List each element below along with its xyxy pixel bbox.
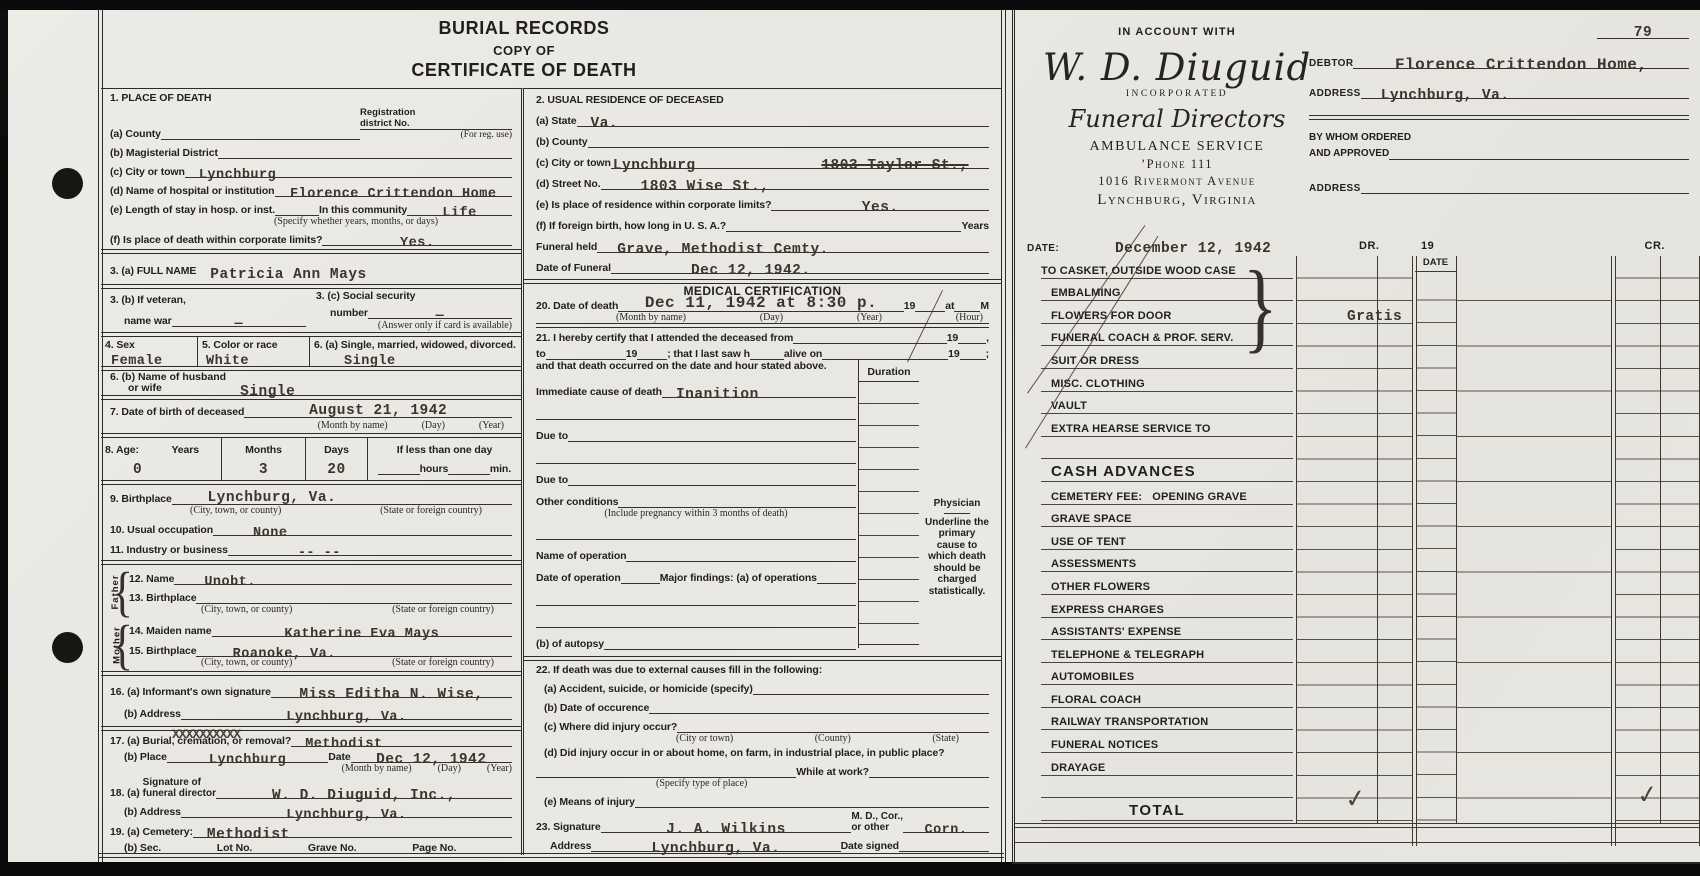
field-foreign-birth: (f) If foreign birth, how long in U. S. … — [536, 216, 989, 232]
column-rule — [1660, 256, 1661, 824]
ledger-item-label: FLORAL COACH — [1041, 694, 1141, 706]
injury-place-label: (d) Did injury occur in or about home, o… — [536, 747, 944, 759]
community-line: Life — [407, 200, 512, 216]
external-heading: 22. If death was due to external causes … — [536, 664, 822, 676]
director-addr-line: Lynchburg, Va. — [181, 802, 512, 818]
other-cond-line — [618, 492, 856, 508]
ledger-item-row: VAULT — [1041, 392, 1293, 415]
means-label: (e) Means of injury — [536, 796, 635, 808]
min-line — [448, 459, 490, 475]
husband-wife-area: Single — [226, 379, 512, 394]
field-due-to-1: Due to — [536, 426, 856, 442]
field-street-no: (d) Street No. 1803 Wise St., — [536, 174, 989, 190]
ledger-page-number-row: 79 — [1309, 20, 1689, 39]
ssn-hint: (Answer only if card is available) — [378, 320, 512, 331]
md-cor-label-1: M. D., Cor., — [851, 811, 903, 822]
funeral-held-label: Funeral held — [536, 241, 597, 253]
ledger-item-label: EMBALMING — [1041, 287, 1121, 299]
operation-line — [626, 546, 856, 562]
burial-hint-year: (Year) — [487, 763, 512, 774]
registration-label: Registration — [360, 107, 415, 118]
husband-wife-label: 6. (b) Name of husband or wife — [110, 372, 226, 394]
ledger-item-label: CASH ADVANCES — [1041, 463, 1196, 480]
ledger-item-label: OTHER FLOWERS — [1041, 581, 1150, 593]
burial-place-line: Lynchburg — [167, 747, 328, 763]
ssn-label-2: number — [316, 307, 368, 319]
signature-label: 23. Signature — [536, 821, 601, 833]
ledger-item-label: CEMETERY FEE: — [1041, 491, 1142, 503]
certify-last-saw: ; that I last saw h — [667, 348, 750, 360]
certify-line-2: to 19 ; that I last saw h alive on 19 ; — [536, 344, 989, 360]
mother-bp-line-1: Roanoke, Va. — [196, 641, 372, 657]
foreign-label: (f) If foreign birth, how long in U. S. … — [536, 220, 726, 232]
dr-cents-column — [1377, 256, 1412, 824]
section-veteran-ssn: 3. (b) If veteran, name war — 3. (c) Soc… — [101, 289, 521, 332]
table-bottom-double-rule — [1015, 823, 1700, 828]
blank-rule — [536, 524, 856, 540]
veteran-value: — — [235, 317, 244, 332]
certify-to-fill — [546, 344, 626, 360]
field-city-or-town: (c) City or town Lynchburg — [110, 162, 512, 178]
column-rule — [1412, 256, 1413, 846]
dr-dollars-column — [1296, 256, 1377, 824]
occupation-label: 10. Usual occupation — [110, 524, 213, 536]
gratis-value: Gratis — [1347, 309, 1402, 325]
major-findings-label: Major findings: (a) of operations — [660, 572, 817, 584]
full-name-value: Patricia Ann Mays — [210, 267, 366, 283]
burial-strikeout: XXXXXXXXXX — [172, 727, 240, 742]
date-signed-line — [899, 836, 989, 852]
veteran-block: 3. (b) If veteran, name war — — [110, 289, 306, 332]
major-findings-line — [817, 568, 856, 584]
ledger-letterhead: IN ACCOUNT WITH W. D. Diuguid INCORPORAT… — [1027, 26, 1327, 209]
field-operation-date: Date of operation Major findings: (a) of… — [536, 568, 856, 584]
industry-line: -- -- — [228, 540, 512, 556]
dod-19: 19 — [904, 300, 915, 312]
hospital-label: (d) Name of hospital or institution — [110, 185, 275, 197]
mother-bp-hint-2: (State or foreign country) — [392, 657, 494, 668]
section-funeral-director: 18. (a) Signature of funeral director W.… — [101, 775, 521, 821]
cr-dollars-column — [1615, 256, 1660, 824]
description-column — [1456, 256, 1611, 824]
other-cond-label: Other conditions — [536, 496, 618, 508]
days-label: Days — [310, 444, 363, 456]
street-value: 1803 Wise St., — [641, 179, 770, 195]
registration-district: Registration district No. (For reg. use) — [360, 107, 512, 140]
dr-total-checkmark: ✓ — [1343, 783, 1368, 815]
burial-line: Methodist — [291, 731, 512, 747]
street-line: 1803 Wise St., — [601, 174, 989, 190]
father-bp-hint-1: (City, town, or county) — [201, 604, 292, 615]
certify-to-fill2 — [637, 344, 667, 360]
director-line: W. D. Diuguid, Inc., — [216, 783, 512, 799]
field-father-name: 12. Name Unobt. — [129, 569, 512, 585]
physician-label: Physician — [925, 498, 989, 510]
informant-addr-value: Lynchburg, Va. — [286, 710, 406, 725]
dod-label: 20. Date of death — [536, 300, 618, 312]
burial-date-label: Date — [328, 751, 350, 763]
title-burial-records: BURIAL RECORDS — [74, 18, 974, 39]
items-brace: } — [1243, 256, 1278, 357]
certify-semi: ; — [986, 348, 989, 360]
ledger-item-label: FUNERAL NOTICES — [1041, 739, 1158, 751]
accident-label: (a) Accident, suicide, or homicide (spec… — [536, 683, 753, 695]
director-addr-label: (b) Address — [110, 806, 181, 818]
field-operation-name: Name of operation — [536, 546, 856, 562]
cemetery-line: Methodist — [193, 822, 512, 838]
grave-line — [357, 838, 413, 854]
injury-where-line — [677, 717, 989, 733]
certify-alive-fill — [822, 344, 948, 360]
full-name-area: Patricia Ann Mays — [196, 262, 512, 277]
by-whom-line — [1389, 144, 1689, 160]
length-line — [275, 200, 319, 216]
section-informant: 16. (a) Informant's own signature Miss E… — [101, 676, 521, 726]
street-label: (d) Street No. — [536, 178, 601, 190]
race-value: White — [202, 354, 305, 369]
director-num-label: 18. (a) — [110, 787, 140, 799]
section-burial: 17. (a) Burial, cremation, or removal? X… — [101, 731, 521, 775]
field-signer-address: Address Lynchburg, Va. Date signed — [536, 836, 989, 852]
res-city-value: Lynchburg — [613, 158, 696, 174]
section-cemetery: 19. (a) Cemetery: Methodist (b) Sec. Lot… — [101, 821, 521, 855]
operation-date-label: Date of operation — [536, 572, 621, 584]
res-city-label: (c) City or town — [536, 157, 611, 169]
community-value: Life — [442, 206, 476, 221]
field-birthplace: 9. Birthplace Lynchburg, Va. (City, town… — [110, 489, 512, 516]
min-label: min. — [490, 463, 511, 475]
res-corp-label: (e) Is place of residence within corpora… — [536, 199, 771, 211]
ledger-address-value: Lynchburg, Va. — [1381, 88, 1510, 104]
debtor-row: DEBTOR Florence Crittendon Home, — [1309, 53, 1689, 69]
full-name-label: 3. (a) FULL NAME — [110, 265, 196, 277]
ledger-item-label: AUTOMOBILES — [1041, 671, 1134, 683]
ledger-item-row: FUNERAL NOTICES — [1041, 730, 1293, 753]
section-age: 8. Age:Years 0 Months 3 Days 20 If less … — [101, 438, 521, 480]
in-account-with: IN ACCOUNT WITH — [1027, 26, 1327, 38]
field-state: (a) State Va. — [536, 111, 989, 127]
hours-label: hours — [420, 463, 449, 475]
county-line — [161, 124, 360, 140]
funeral-held-line: Grave, Methodist Cemty. — [597, 237, 989, 253]
accident-line — [753, 679, 989, 695]
corp-limits-value: Yes. — [400, 236, 434, 251]
physician-instruction: Underline the primary cause to which dea… — [925, 517, 989, 598]
punch-hole-top — [52, 168, 83, 199]
informant-value: Miss Editha N. Wise, — [299, 687, 483, 703]
age-years-cell: 8. Age:Years 0 — [101, 438, 221, 480]
director-label-2: funeral director — [143, 788, 216, 799]
blank-rule — [536, 590, 856, 606]
md-cor-label-2: or other — [851, 822, 903, 833]
debtor-line: Florence Crittendon Home, — [1353, 53, 1689, 69]
field-cemetery-lot: (b) Sec. Lot No. Grave No. Page No. — [110, 838, 512, 854]
certify-comma: , — [986, 332, 989, 344]
state-value: Va. — [591, 116, 619, 132]
city-label: (c) City or town — [110, 166, 185, 178]
column-rule — [1377, 256, 1378, 824]
ledger-item-label: EXTRA HEARSE SERVICE TO — [1041, 423, 1211, 435]
birthplace-hint-2: (State or foreign country) — [380, 505, 482, 516]
duration-box: Duration — [858, 360, 919, 648]
industry-label: 11. Industry or business — [110, 544, 228, 556]
ssn-label-1: 3. (c) Social security — [316, 290, 512, 302]
scanned-document: BURIAL RECORDS COPY OF CERTIFICATE OF DE… — [0, 0, 1700, 876]
blank-line — [536, 612, 856, 628]
age-less-one-day-cell: If less than one day hoursmin. — [367, 438, 521, 480]
ledger-item-row: MISC. CLOTHING — [1041, 369, 1293, 392]
date-column-header: DATE — [1415, 257, 1456, 272]
dod-line: Dec 11, 1942 at 8:30 p. — [618, 296, 903, 312]
hospital-line: Florence Crittendon Home — [275, 181, 513, 197]
signer-addr-value: Lynchburg, Va. — [652, 841, 781, 857]
autopsy-line — [604, 634, 856, 650]
birthplace-line-1: Lynchburg, Va. — [172, 489, 372, 505]
by-whom-block: BY WHOM ORDERED AND APPROVED — [1309, 132, 1689, 160]
while-at-work-line — [869, 762, 989, 778]
birthplace-label: 9. Birthplace — [110, 493, 172, 505]
age-days-cell: Days 20 — [305, 438, 367, 480]
husband-wife-label-2: or wife — [110, 383, 226, 394]
state-label: (a) State — [536, 115, 577, 127]
father-group: Father { 12. Name Unobt. 13. Birthplace — [105, 565, 512, 618]
section-place-of-death: 1. PLACE OF DEATH (a) County Registratio… — [101, 89, 521, 249]
ledger-item-row: OTHER FLOWERS — [1041, 572, 1293, 595]
field-while-at-work: While at work? (Specify type of place) — [536, 762, 989, 789]
signer-addr-line: Lynchburg, Va. — [591, 836, 840, 852]
father-bp-hint-2: (State or foreign country) — [392, 604, 494, 615]
blank-rule — [536, 612, 856, 628]
due-to-2-label: Due to — [536, 474, 568, 486]
lot-line — [252, 838, 308, 854]
certify-to: to — [536, 348, 546, 360]
cr-cents-column — [1660, 256, 1699, 824]
funeral-directors-label: Funeral Directors — [1027, 105, 1327, 133]
burial-place-value: Lynchburg — [209, 753, 286, 768]
ledger-page: IN ACCOUNT WITH W. D. Diuguid INCORPORAT… — [1012, 10, 1700, 864]
signer-addr-label: Address — [536, 840, 591, 852]
res-city-line: Lynchburg — [611, 153, 801, 169]
father-bp-line-2 — [362, 588, 512, 604]
column-rule — [1611, 256, 1612, 846]
dod-hint-day: (Day) — [760, 312, 783, 323]
field-means-of-injury: (e) Means of injury — [536, 792, 989, 808]
occurrence-line — [649, 698, 989, 714]
district-no-label: district No. — [360, 118, 410, 129]
ledger-item-label: RAILWAY TRANSPORTATION — [1041, 716, 1208, 728]
ledger-address-row: ADDRESS Lynchburg, Va. — [1309, 83, 1689, 99]
section-usual-residence: 2. USUAL RESIDENCE OF DECEASED (a) State… — [524, 89, 1001, 279]
blank-line — [536, 404, 856, 420]
section-parents: Father { 12. Name Unobt. 13. Birthplace — [101, 565, 521, 671]
certify-line1-fill — [793, 328, 947, 344]
physician-divider — [944, 513, 970, 514]
blank-line — [536, 590, 856, 606]
injury-hint-county: (County) — [815, 733, 851, 744]
ssn-value: — — [436, 309, 445, 324]
column-rule — [1615, 256, 1616, 846]
informant-addr-line: Lynchburg, Va. — [181, 704, 512, 720]
dod-value: Dec 11, 1942 at 8:30 p. — [645, 294, 877, 312]
field-cemetery: 19. (a) Cemetery: Methodist — [110, 822, 512, 838]
ledger-item-label: DRAYAGE — [1041, 762, 1105, 774]
ledger-item-sublabel: USE OF TENT — [1041, 536, 1126, 548]
certificate-body: 1. PLACE OF DEATH (a) County Registratio… — [101, 88, 1001, 855]
burial-place-label: (b) Place — [110, 751, 167, 763]
physician-note: Physician Underline the primary cause to… — [925, 498, 989, 597]
section2-heading: 2. USUAL RESIDENCE OF DECEASED — [536, 94, 724, 106]
ledger-address2-line — [1361, 178, 1689, 194]
dob-value: August 21, 1942 — [309, 403, 447, 419]
age-label: 8. Age: — [105, 444, 139, 456]
magisterial-line — [218, 143, 512, 159]
field-director-address: (b) Address Lynchburg, Va. — [110, 802, 512, 818]
sex-cell: 4. Sex Female — [101, 337, 197, 366]
blank-line — [536, 524, 856, 540]
years-label: Years — [171, 444, 217, 456]
pageno-label: Page No. — [412, 842, 456, 854]
marital-label: 6. (a) Single, married, widowed, divorce… — [314, 339, 517, 351]
marital-value: Single — [314, 354, 517, 369]
mother-bp-line-2 — [372, 641, 512, 657]
funeral-held-value: Grave, Methodist Cemty. — [617, 242, 829, 258]
certify-alive-on: alive on — [784, 348, 822, 360]
field-other-conditions: Other conditions (Include pregnancy with… — [536, 492, 856, 519]
ledger-item-row: USE OF TENT — [1041, 527, 1293, 550]
informant-line: Miss Editha N. Wise, — [271, 682, 512, 698]
md-cor-line: Corn. — [903, 817, 989, 833]
section1-heading: 1. PLACE OF DEATH — [110, 92, 211, 104]
field-occurrence-date: (b) Date of occurence — [536, 698, 989, 714]
mother-name-line: Katherine Eva Mays — [212, 621, 512, 637]
husband-wife-value: Single — [240, 384, 295, 400]
ledger-item-label: FUNERAL COACH & PROF. SERV. — [1041, 332, 1233, 344]
ledger-item-row: TOTAL — [1041, 798, 1293, 821]
ledger-item-row: AUTOMOBILES — [1041, 663, 1293, 686]
state-line: Va. — [577, 111, 989, 127]
occupation-line: None — [213, 520, 512, 536]
ledger-item-row: ASSESSMENTS — [1041, 550, 1293, 573]
field-mother-birthplace: 15. Birthplace Roanoke, Va. (City, town,… — [129, 641, 512, 668]
magisterial-label: (b) Magisterial District — [110, 147, 218, 159]
certify-19b: 19 — [626, 348, 637, 360]
ledger-account-header: 79 DEBTOR Florence Crittendon Home, ADDR… — [1309, 20, 1689, 194]
months-label: Months — [226, 444, 301, 456]
punch-hole-bottom — [52, 632, 83, 663]
section-date-of-birth: 7. Date of birth of deceased August 21, … — [101, 400, 521, 433]
marital-cell: 6. (a) Single, married, widowed, divorce… — [309, 337, 521, 366]
occupation-value: None — [253, 526, 287, 541]
field-res-county: (b) County — [536, 132, 989, 148]
field-industry: 11. Industry or business -- -- — [110, 540, 512, 556]
res-corp-value: Yes. — [862, 200, 899, 216]
street-address-label: 1016 Rivermont Avenue — [1027, 174, 1327, 189]
phone-label: ’Phone 111 — [1027, 157, 1327, 172]
operation-date-line — [621, 568, 660, 584]
dod-line-2 — [915, 296, 945, 312]
field-magisterial-district: (b) Magisterial District — [110, 143, 512, 159]
dob-line: August 21, 1942 — [244, 402, 512, 418]
due-to-1-line — [568, 426, 856, 442]
ledger-item-row: EXPRESS CHARGES — [1041, 595, 1293, 618]
title-certificate-of-death: CERTIFICATE OF DEATH — [74, 60, 974, 81]
due-to-1-label: Due to — [536, 430, 568, 442]
mother-group: Mother { 14. Maiden name Katherine Eva M… — [105, 618, 512, 671]
ledger-item-row: EXTRA HEARSE SERVICE TO — [1041, 414, 1293, 437]
months-value: 3 — [226, 462, 301, 478]
field-autopsy: (b) of autopsy — [536, 634, 856, 650]
years-suffix-label: Years — [961, 220, 989, 232]
date-column — [1416, 278, 1456, 824]
days-value: 20 — [310, 462, 363, 478]
section-full-name: 3. (a) FULL NAME Patricia Ann Mays — [101, 254, 521, 283]
ledger-date-row: DATE: December 12, 1942 — [1027, 236, 1327, 254]
veteran-label-1: 3. (b) If veteran, — [110, 294, 306, 306]
certificate-page: BURIAL RECORDS COPY OF CERTIFICATE OF DE… — [8, 10, 1012, 862]
field-director-signature: 18. (a) Signature of funeral director W.… — [110, 777, 512, 799]
certify-h-fill — [750, 344, 784, 360]
burial-date-value: Dec 12, 1942 — [376, 752, 486, 768]
informant-addr-label: (b) Address — [110, 708, 181, 720]
field-signature-23: 23. Signature J. A. Wilkins M. D., Cor.,… — [536, 811, 989, 833]
years-value: 0 — [105, 462, 217, 478]
other-cond-hint: (Include pregnancy within 3 months of de… — [604, 508, 787, 519]
section-external-causes: 22. If death was due to external causes … — [524, 661, 1001, 855]
age-months-cell: Months 3 — [221, 438, 305, 480]
field-county: (a) County Registration district No. (Fo… — [110, 107, 512, 140]
director-label: Signature of funeral director — [140, 777, 216, 799]
cemetery-label: 19. (a) Cemetery: — [110, 826, 193, 838]
ledger-address-line: Lynchburg, Va. — [1361, 83, 1689, 99]
field-hospital: (d) Name of hospital or institution Flor… — [110, 181, 512, 197]
mother-side-label: Mother { — [105, 618, 129, 671]
ledger-item-label: EXPRESS CHARGES — [1041, 604, 1164, 616]
field-funeral-held: Funeral held Grave, Methodist Cemty. — [536, 237, 989, 253]
ledger-item-row — [1041, 776, 1293, 799]
date-label: DATE: — [1027, 243, 1059, 254]
incorporated-label: INCORPORATED — [1027, 89, 1327, 99]
certify-19c: 19 — [948, 348, 959, 360]
dod-hint-month: (Month by name) — [616, 312, 686, 323]
autopsy-label: (b) of autopsy — [536, 638, 604, 650]
sec-label: (b) Sec. — [110, 842, 161, 854]
ledger-address2-row: ADDRESS — [1309, 178, 1689, 194]
field-mother-name: 14. Maiden name Katherine Eva Mays — [129, 621, 512, 637]
father-side-label: Father { — [105, 565, 129, 618]
res-city-struck-value: 1803 Taylor St., — [821, 158, 968, 174]
date-signed-label: Date signed — [841, 840, 899, 852]
section-sex-race-status: 4. Sex Female 5. Color or race White 6. … — [101, 337, 521, 366]
dob-hint-year: (Year) — [479, 420, 504, 431]
birthplace-line-2 — [372, 489, 512, 505]
mother-name-label: 14. Maiden name — [129, 625, 212, 637]
debtor-value: Florence Crittendon Home, — [1395, 56, 1648, 74]
ledger-item-row: DRAYAGE — [1041, 753, 1293, 776]
cause-rows: Immediate cause of death Inanition Due t… — [536, 376, 989, 656]
sex-label: 4. Sex — [105, 339, 193, 351]
city-state-label: Lynchburg, Virginia — [1027, 192, 1327, 209]
burial-date-line: Dec 12, 1942 — [351, 747, 512, 763]
length-label: (e) Length of stay in hosp. or inst. — [110, 204, 275, 216]
field-accident: (a) Accident, suicide, or homicide (spec… — [536, 679, 989, 695]
injury-where-label: (c) Where did injury occur? — [536, 721, 677, 733]
hours-line — [378, 459, 420, 475]
field-informant-signature: 16. (a) Informant's own signature Miss E… — [110, 682, 512, 698]
immediate-cause-label: Immediate cause of death — [536, 386, 662, 398]
sex-value: Female — [105, 354, 193, 369]
form-border-right — [1001, 10, 1006, 862]
mother-bp-label: 15. Birthplace — [129, 645, 196, 657]
